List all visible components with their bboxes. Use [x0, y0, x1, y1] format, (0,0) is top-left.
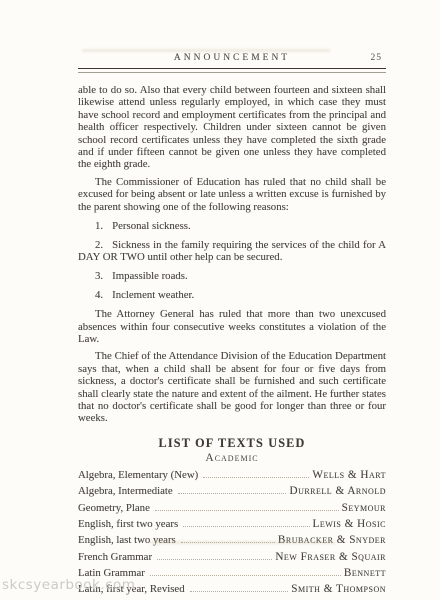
document-page: ANNOUNCEMENT 25 able to do so. Also that… [0, 0, 440, 600]
dotted-leader [157, 559, 272, 560]
scan-edge-artifact-bottom [150, 541, 335, 544]
dotted-leader [183, 526, 309, 527]
excuse-reasons-list: 1.Personal sickness. 2.Sickness in the f… [78, 220, 386, 302]
header-rule-thin [78, 72, 386, 73]
textbook-subject: Geometry, Plane [78, 502, 150, 514]
reason-number: 3. [95, 270, 103, 282]
textbook-subject: English, first two years [78, 518, 178, 530]
page-number: 25 [371, 53, 383, 63]
dotted-leader [150, 575, 341, 576]
reason-item: 2.Sickness in the family requiring the s… [78, 239, 386, 264]
reason-item: 3.Impassible roads. [78, 270, 386, 282]
paragraph-commissioner-ruling: The Commissioner of Education has ruled … [78, 176, 386, 213]
textbook-subject: Algebra, Intermediate [78, 485, 173, 497]
textbook-row: English, first two years Lewis & Hosic [78, 518, 386, 534]
textbook-publisher: Bennett [344, 567, 386, 579]
page-header: ANNOUNCEMENT 25 [78, 53, 386, 73]
textbook-subject: French Grammar [78, 551, 152, 563]
reason-number: 1. [95, 220, 103, 232]
paragraph-attendance-certificates: able to do so. Also that every child bet… [78, 84, 386, 171]
dotted-leader [190, 591, 289, 592]
texts-used-section: LIST OF TEXTS USED Academic Algebra, Ele… [78, 436, 386, 600]
textbook-publisher: Smith & Thompson [291, 583, 386, 595]
textbook-row: French Grammar New Fraser & Squair [78, 551, 386, 567]
textbook-publisher: Seymour [342, 502, 386, 514]
reason-text: Sickness in the family requiring the ser… [78, 239, 386, 263]
textbook-row: Algebra, Intermediate Durrell & Arnold [78, 485, 386, 501]
texts-section-title: LIST OF TEXTS USED [78, 436, 386, 451]
reason-text: Personal sickness. [112, 220, 191, 232]
reason-item: 1.Personal sickness. [78, 220, 386, 232]
reason-text: Inclement weather. [112, 289, 194, 301]
running-title: ANNOUNCEMENT [78, 53, 386, 63]
page-body: able to do so. Also that every child bet… [78, 84, 386, 600]
textbook-publisher: Wells & Hart [312, 469, 386, 481]
paragraph-attendance-chief-statement: The Chief of the Attendance Division of … [78, 350, 386, 424]
watermark-text: skcsyearbook.com [2, 577, 135, 593]
textbook-publisher: Lewis & Hosic [313, 518, 387, 530]
textbook-subject: Algebra, Elementary (New) [78, 469, 198, 481]
dotted-leader [203, 477, 309, 478]
reason-number: 2. [95, 239, 103, 251]
reason-number: 4. [95, 289, 103, 301]
header-rule-thick [78, 68, 386, 69]
texts-section-subtitle: Academic [78, 452, 386, 464]
reason-item: 4.Inclement weather. [78, 289, 386, 301]
dotted-leader [155, 510, 339, 511]
dotted-leader [178, 493, 287, 494]
textbook-row: Algebra, Elementary (New) Wells & Hart [78, 469, 386, 485]
reason-text: Impassible roads. [112, 270, 188, 282]
paragraph-attorney-general-ruling: The Attorney General has ruled that more… [78, 308, 386, 345]
textbook-publisher: New Fraser & Squair [275, 551, 386, 563]
textbook-publisher: Durrell & Arnold [289, 485, 386, 497]
scan-edge-artifact-top [82, 49, 330, 52]
textbook-row: Geometry, Plane Seymour [78, 502, 386, 518]
